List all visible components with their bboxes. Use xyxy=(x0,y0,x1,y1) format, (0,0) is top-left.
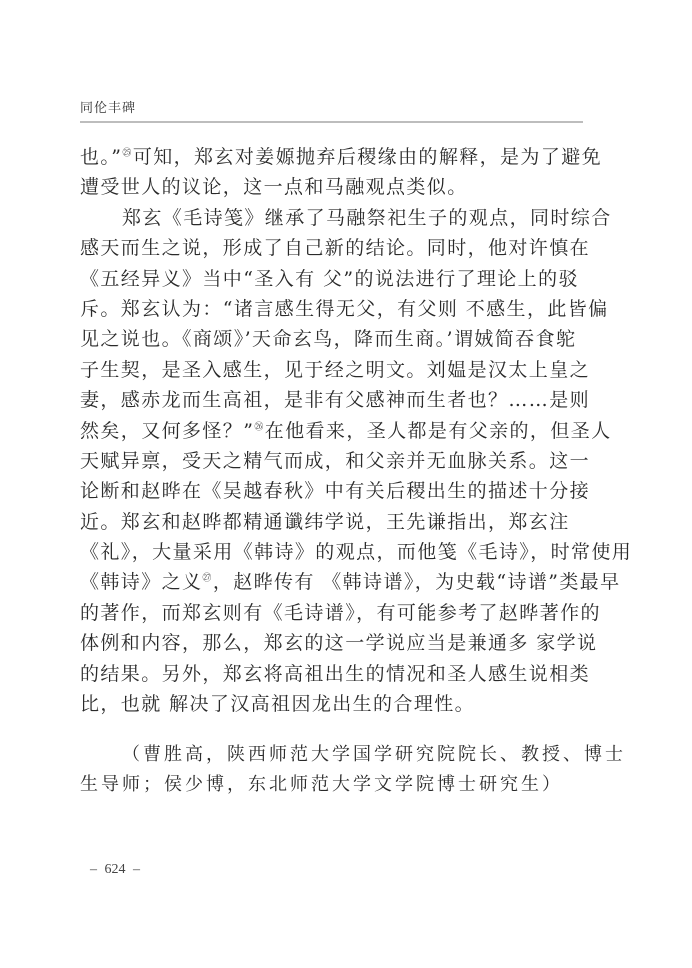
text-line: 《韩诗》之义㉗，赵晔传有 《韩诗谱》，为史载“诗谱”类最早 xyxy=(80,567,584,597)
line-text: 也。” xyxy=(80,146,122,168)
bio-line: （曹胜高，陕西师范大学国学研究院院长、教授、博士 xyxy=(80,740,590,770)
line-text: 《韩诗》之义 xyxy=(80,571,202,593)
text-line: 近。郑玄和赵晔都精通谶纬学说，王先谦指出，郑玄注 xyxy=(80,507,584,537)
footnote-ref-25[interactable]: ㉕ xyxy=(122,149,132,159)
text-line: 天赋异禀，受天之精气而成，和父亲并无血脉关系。这一 xyxy=(80,446,584,476)
text-line: 的著作，而郑玄则有《毛诗谱》，有可能参考了赵晔著作的 xyxy=(80,598,584,628)
text-line: 《礼》，大量采用《韩诗》的观点，而他笺《毛诗》，时常使用 xyxy=(80,537,584,567)
text-line: 见之说也。《商颂》’天命玄鸟，降而生商。’谓娀简吞食鸵 xyxy=(80,324,584,354)
line-text: 然矣，又何多怪？” xyxy=(80,420,254,442)
line-text-after: ，赵晔传有 《韩诗谱》，为史载“诗谱”类最早 xyxy=(213,571,621,593)
text-line: 论断和赵晔在《吴越春秋》中有关后稷出生的描述十分接 xyxy=(80,476,584,506)
text-line: 斥。郑玄认为：“诸言感生得无父，有父则 不感生，此皆偏 xyxy=(80,294,584,324)
header-title: 同伦丰碑 xyxy=(80,100,583,118)
header-rule xyxy=(80,121,583,123)
bio-line: 生导师；侯少博，东北师范大学文学院博士研究生） xyxy=(80,770,590,800)
line-text-after: 可知，郑玄对姜嫄抛弃后稷缘由的解释，是为了避免 xyxy=(133,146,602,168)
author-bio: （曹胜高，陕西师范大学国学研究院院长、教授、博士 生导师；侯少博，东北师范大学文… xyxy=(80,740,590,801)
text-line: 体例和内容，那么，郑玄的这一学说应当是兼通多 家学说 xyxy=(80,628,584,658)
footnote-ref-26[interactable]: ㉖ xyxy=(254,422,264,432)
text-line: 也。”㉕可知，郑玄对姜嫄抛弃后稷缘由的解释，是为了避免 xyxy=(80,142,584,172)
text-line: 的结果。另外，郑玄将高祖出生的情况和圣人感生说相类 xyxy=(80,659,584,689)
text-line: 然矣，又何多怪？”㉖在他看来，圣人都是有父亲的，但圣人 xyxy=(80,416,584,446)
body-text: 也。”㉕可知，郑玄对姜嫄抛弃后稷缘由的解释，是为了避免 遭受世人的议论，这一点和… xyxy=(80,142,584,719)
paragraph-start-line: 郑玄《毛诗笺》继承了马融祭祀生子的观点，同时综合 xyxy=(80,203,584,233)
text-line: 感天而生之说，形成了自己新的结论。同时，他对许慎在 xyxy=(80,233,584,263)
page-number: – 624 – xyxy=(90,862,140,878)
text-line: 比，也就 解决了汉高祖因龙出生的合理性。 xyxy=(80,689,584,719)
text-line: 《五经异义》当中“圣入有 父”的说法进行了理论上的驳 xyxy=(80,264,584,294)
text-line: 子生契，是圣入感生，见于经之明文。刘媪是汉太上皇之 xyxy=(80,355,584,385)
line-text-after: 在他看来，圣人都是有父亲的，但圣人 xyxy=(265,420,612,442)
text-line: 妻，感赤龙而生高祖，是非有父感神而生者也？……是则 xyxy=(80,385,584,415)
footnote-ref-27[interactable]: ㉗ xyxy=(202,574,212,584)
text-line: 遭受世人的议论，这一点和马融观点类似。 xyxy=(80,172,584,202)
running-header: 同伦丰碑 xyxy=(80,100,583,118)
